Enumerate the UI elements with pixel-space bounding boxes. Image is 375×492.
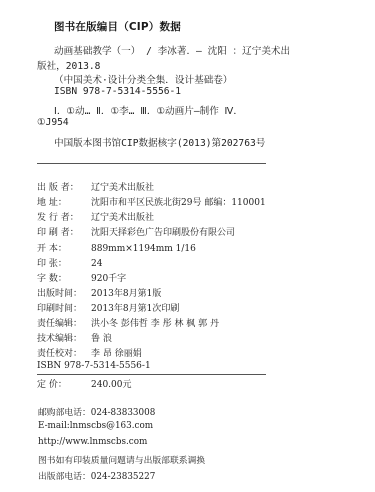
cip-classification-1: Ⅰ．①动… Ⅱ．①李… Ⅲ．①动画片—制作 Ⅳ． xyxy=(54,103,243,117)
info-sheets: 印 张：24 xyxy=(37,256,102,269)
info-isbn: ISBN 978-7-5314-5556-1 xyxy=(37,361,151,371)
info-editors: 责任编辑：洪小冬 彭伟哲 李 彤 林 枫 郭 丹 xyxy=(37,316,219,329)
info-price: 定 价：240.00元 xyxy=(37,377,132,390)
divider-top xyxy=(37,163,266,164)
info-distributor: 发 行 者：辽宁美术出版社 xyxy=(37,210,154,223)
contact-email[interactable]: E-mail:lnmscbs@163.com xyxy=(38,421,153,431)
contact-quality-note: 图书如有印装质量问题请与出版部联系调换 xyxy=(38,453,205,466)
info-publisher: 出 版 者：辽宁美术出版社 xyxy=(37,180,154,193)
cip-line-3: （中国美术·设计分类全集．设计基础卷） xyxy=(54,72,232,86)
contact-mail-order-phone: 邮购部电话：024-83833008 xyxy=(38,405,155,418)
info-format: 开 本：889mm×1194mm 1/16 xyxy=(37,241,196,254)
cip-line-1: 动画基础教学（一） / 李冰著．— 沈阳 ：辽宁美术出 xyxy=(54,43,290,57)
cip-classification-2: ①J954 xyxy=(37,117,69,128)
cip-isbn: ISBN 978-7-5314-5556-1 xyxy=(54,86,181,97)
info-technical-editor: 技术编辑：鲁 浪 xyxy=(37,331,112,344)
divider-price xyxy=(37,374,266,375)
info-word-count: 字 数：920千字 xyxy=(37,271,126,284)
info-print-date: 印刷时间：2013年8月第1次印刷 xyxy=(37,301,179,314)
contact-publishing-phone: 出版部电话：024-23835227 xyxy=(38,469,155,482)
info-publish-date: 出版时间：2013年8月第1版 xyxy=(37,286,161,299)
info-address: 地 址：沈阳市和平区民族北街29号 邮编：110001 xyxy=(37,195,266,208)
cip-number: 中国版本图书馆CIP数据核字(2013)第202763号 xyxy=(54,135,265,149)
cip-title: 图书在版编目（CIP）数据 xyxy=(54,19,181,34)
info-printer: 印 刷 者：沈阳天择彩色广告印刷股份有限公司 xyxy=(37,225,235,238)
contact-website[interactable]: http://www.lnmscbs.com xyxy=(38,437,147,447)
cip-line-2: 版社，2013.8 xyxy=(37,58,100,72)
info-proofreaders: 责任校对：李 昂 徐丽娟 xyxy=(37,346,142,359)
